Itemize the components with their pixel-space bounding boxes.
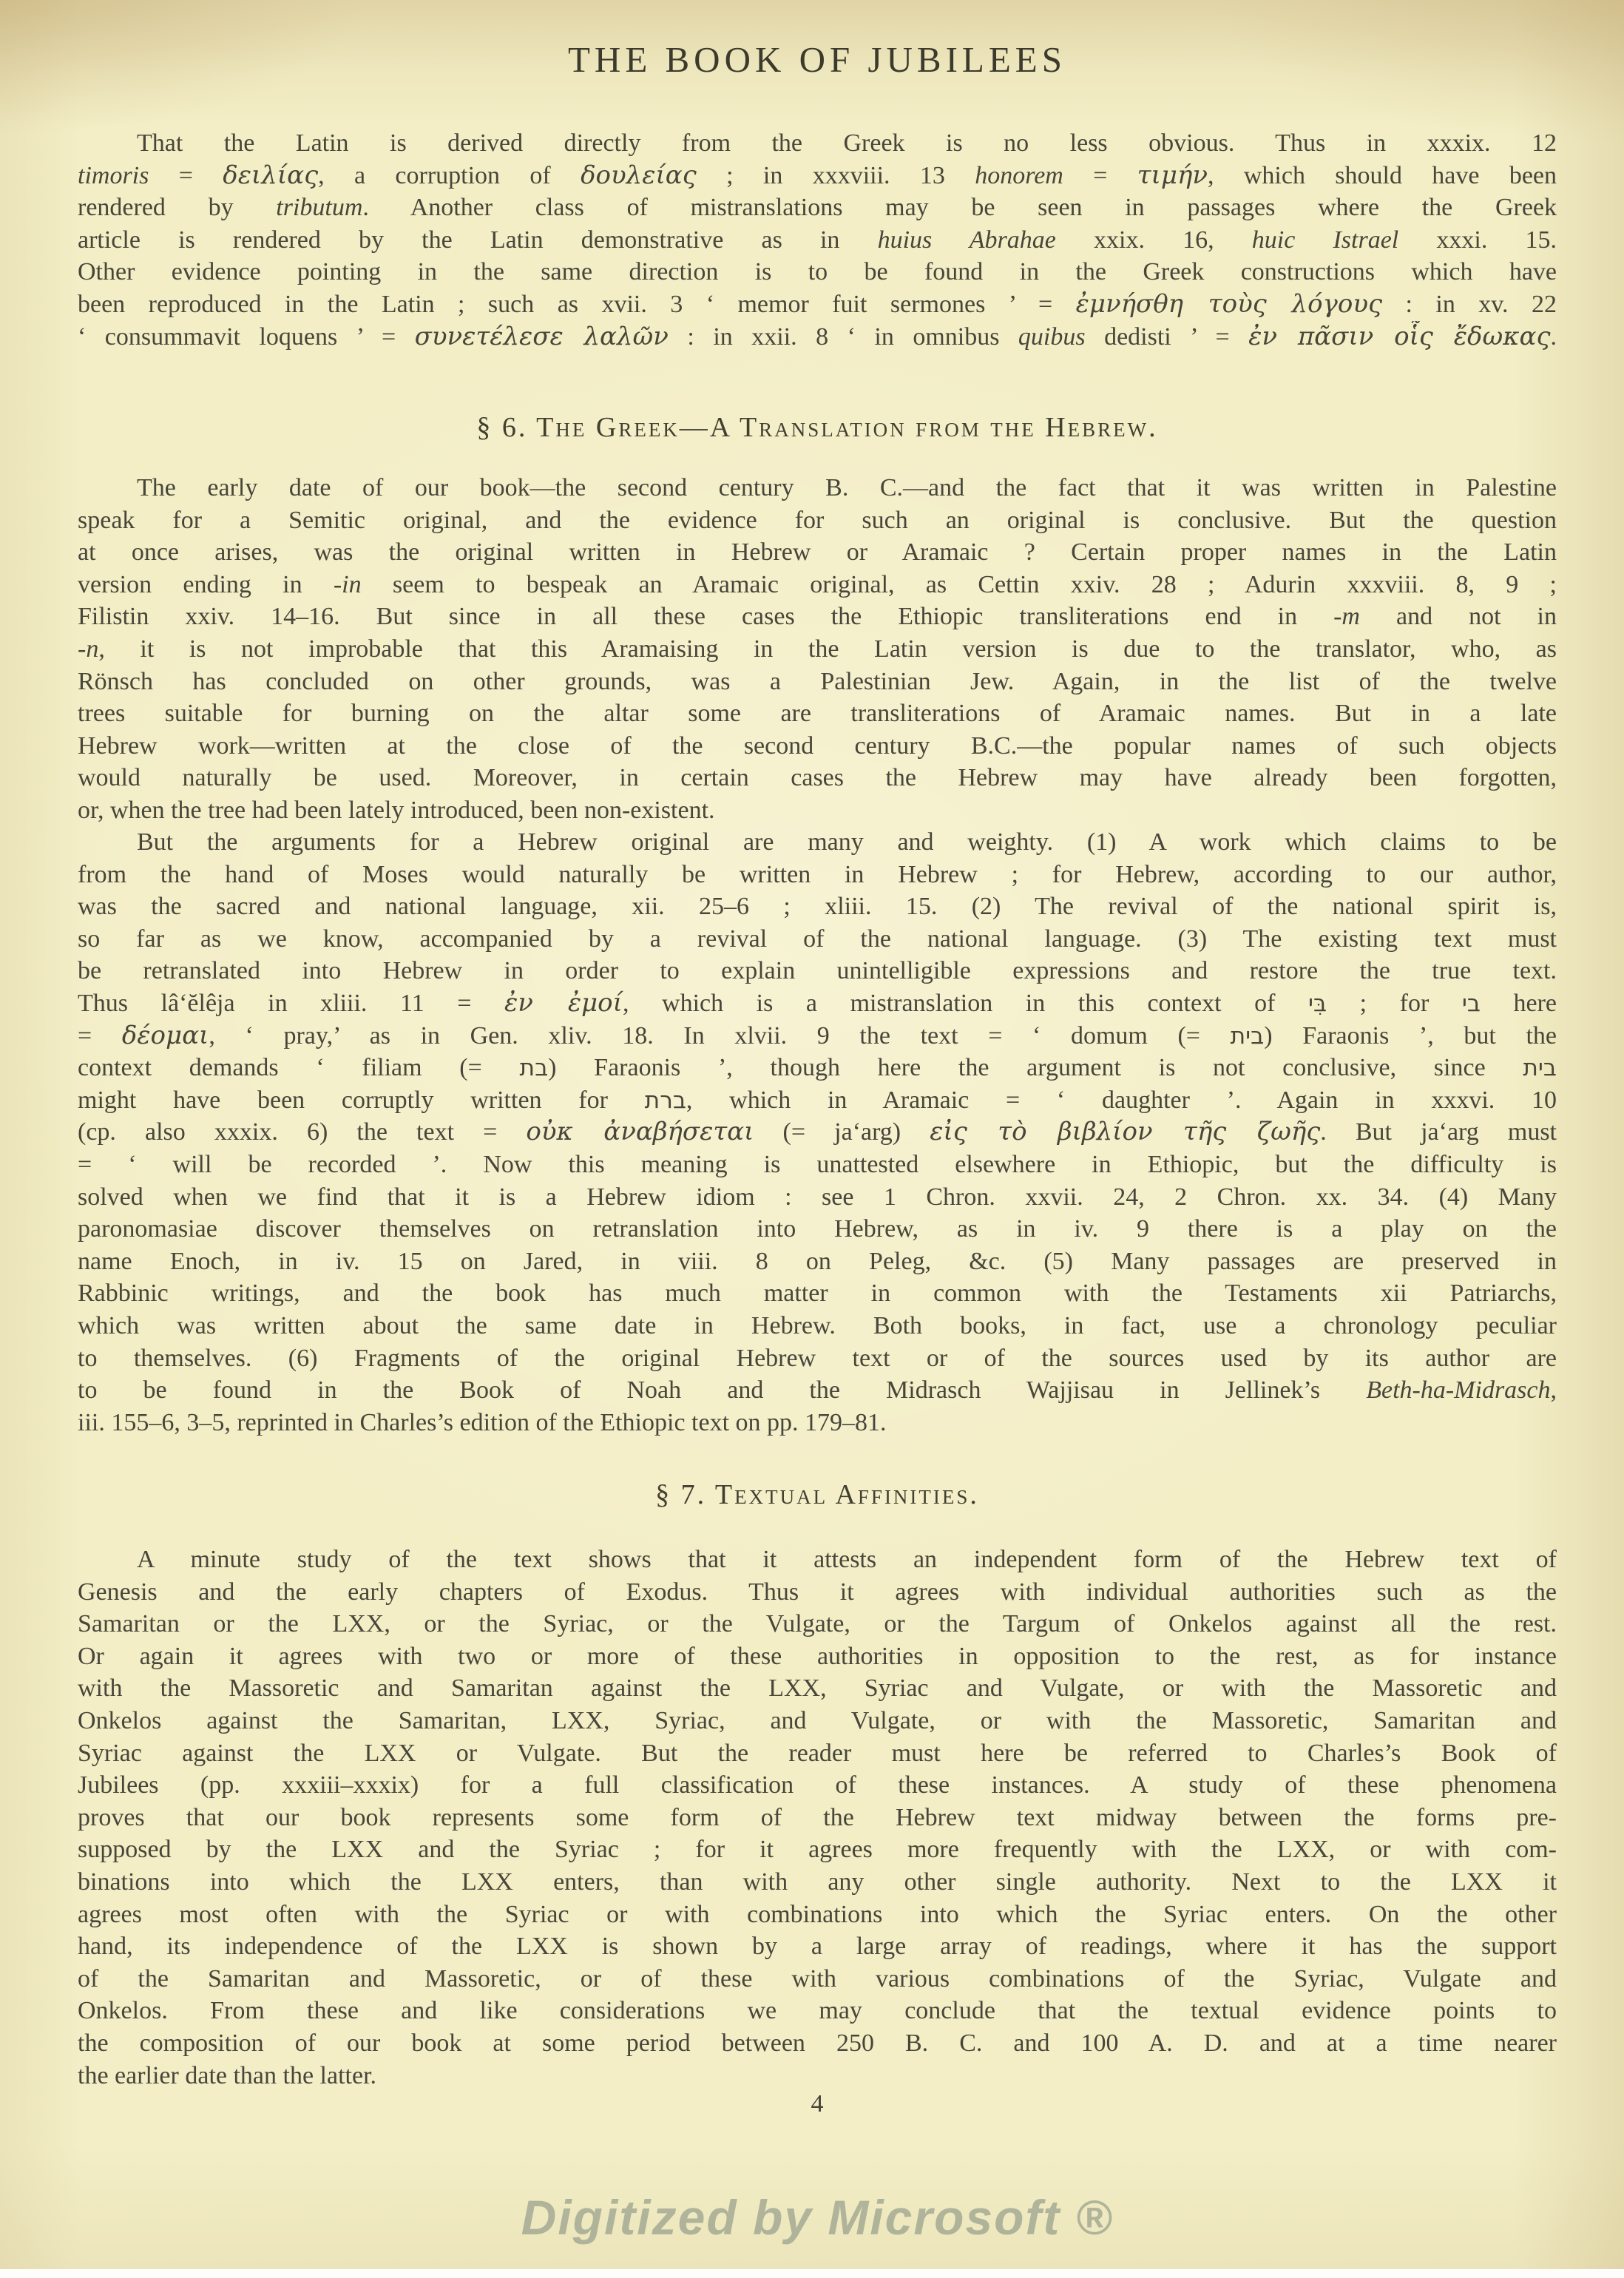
body-line: binations into which the LXX enters, tha… — [78, 1866, 1557, 1899]
body-line: trees suitable for burning on the altar … — [78, 697, 1557, 730]
body-line: article is rendered by the Latin demonst… — [78, 224, 1557, 257]
body-line: would naturally be used. Moreover, in ce… — [78, 762, 1557, 794]
paragraph: That the Latin is derived directly from … — [78, 127, 1557, 353]
page-title: THE BOOK OF JUBILEES — [78, 38, 1557, 81]
body-line: ‘ consummavit loquens ’ = συνετέλεσε λαλ… — [78, 321, 1557, 354]
body-line: Genesis and the early chapters of Exodus… — [78, 1576, 1557, 1609]
body-line: The early date of our book—the second ce… — [78, 472, 1557, 504]
body-line: Onkelos. From these and like considerati… — [78, 1995, 1557, 2027]
body-line: Rönsch has concluded on other grounds, w… — [78, 666, 1557, 698]
body-line: Hebrew work—written at the close of the … — [78, 730, 1557, 763]
scan-edge — [0, 2269, 1624, 2278]
paragraph: A minute study of the text shows that it… — [78, 1544, 1557, 2092]
body-line: Thus lâ‘ĕlêja in xliii. 11 = ἐν ἐμοί, wh… — [78, 987, 1557, 1020]
body-line: from the hand of Moses would naturally b… — [78, 859, 1557, 891]
body-line: But the arguments for a Hebrew original … — [78, 826, 1557, 859]
body-line: Jubilees (pp. xxxiii–xxxix) for a full c… — [78, 1769, 1557, 1802]
body-line: Rabbinic writings, and the book has much… — [78, 1277, 1557, 1310]
body-line: supposed by the LXX and the Syriac ; for… — [78, 1833, 1557, 1866]
body-line: iii. 155–6, 3–5, reprinted in Charles’s … — [78, 1407, 1557, 1439]
body-line: which was written about the same date in… — [78, 1310, 1557, 1342]
body-line: -n, it is not improbable that this Arama… — [78, 633, 1557, 666]
body-line: Syriac against the LXX or Vulgate. But t… — [78, 1737, 1557, 1770]
body-line: context demands ‘ filiam (= בת) Faraonis… — [78, 1052, 1557, 1084]
body-line: be retranslated into Hebrew in order to … — [78, 955, 1557, 987]
book-page-scan: THE BOOK OF JUBILEES That the Latin is d… — [0, 0, 1624, 2278]
body-line: the earlier date than the latter. — [78, 2060, 1557, 2092]
body-line: = δέομαι, ‘ pray,’ as in Gen. xliv. 18. … — [78, 1020, 1557, 1052]
body-line: to themselves. (6) Fragments of the orig… — [78, 1342, 1557, 1375]
body-line: with the Massoretic and Samaritan agains… — [78, 1672, 1557, 1705]
body-line: rendered by tributum. Another class of m… — [78, 192, 1557, 224]
section-heading: § 7. Textual Affinities. — [78, 1478, 1557, 1511]
body-line: was the sacred and national language, xi… — [78, 890, 1557, 923]
body-line: That the Latin is derived directly from … — [78, 127, 1557, 160]
paragraph: But the arguments for a Hebrew original … — [78, 826, 1557, 1439]
body-line: might have been corruptly written for בר… — [78, 1084, 1557, 1117]
body-line: Samaritan or the LXX, or the Syriac, or … — [78, 1608, 1557, 1640]
body-line: proves that our book represents some for… — [78, 1802, 1557, 1834]
body-line: speak for a Semitic original, and the ev… — [78, 504, 1557, 537]
body-line: been reproduced in the Latin ; such as x… — [78, 288, 1557, 321]
body-line: solved when we find that it is a Hebrew … — [78, 1181, 1557, 1214]
body-line: = ‘ will be recorded ’. Now this meaning… — [78, 1149, 1557, 1181]
body-line: Other evidence pointing in the same dire… — [78, 256, 1557, 288]
body-line: so far as we know, accompanied by a revi… — [78, 923, 1557, 956]
body-line: (cp. also xxxix. 6) the text = οὐκ ἀναβή… — [78, 1116, 1557, 1149]
body-line: timoris = δειλίας, a corruption of δουλε… — [78, 160, 1557, 192]
body-line: agrees most often with the Syriac or wit… — [78, 1899, 1557, 1931]
body-line: hand, its independence of the LXX is sho… — [78, 1930, 1557, 1963]
body-line: Filistin xxiv. 14–16. But since in all t… — [78, 601, 1557, 633]
body-line: to be found in the Book of Noah and the … — [78, 1374, 1557, 1407]
section-heading: § 6. The Greek—A Translation from the He… — [78, 411, 1557, 444]
paragraph: The early date of our book—the second ce… — [78, 472, 1557, 827]
body-line: the composition of our book at some peri… — [78, 2027, 1557, 2060]
body-line: name Enoch, in iv. 15 on Jared, in viii.… — [78, 1246, 1557, 1278]
page-number: 4 — [78, 2090, 1557, 2118]
microsoft-watermark: Digitized by Microsoft ® — [78, 2189, 1557, 2245]
body-line: A minute study of the text shows that it… — [78, 1544, 1557, 1576]
body-line: or, when the tree had been lately introd… — [78, 794, 1557, 827]
body-line: paronomasiae discover themselves on retr… — [78, 1213, 1557, 1246]
body-line: Or again it agrees with two or more of t… — [78, 1640, 1557, 1673]
body-line: Onkelos against the Samaritan, LXX, Syri… — [78, 1705, 1557, 1737]
body-line: of the Samaritan and Massoretic, or of t… — [78, 1963, 1557, 1995]
body-line: version ending in -in seem to bespeak an… — [78, 569, 1557, 601]
body-line: at once arises, was the original written… — [78, 536, 1557, 569]
